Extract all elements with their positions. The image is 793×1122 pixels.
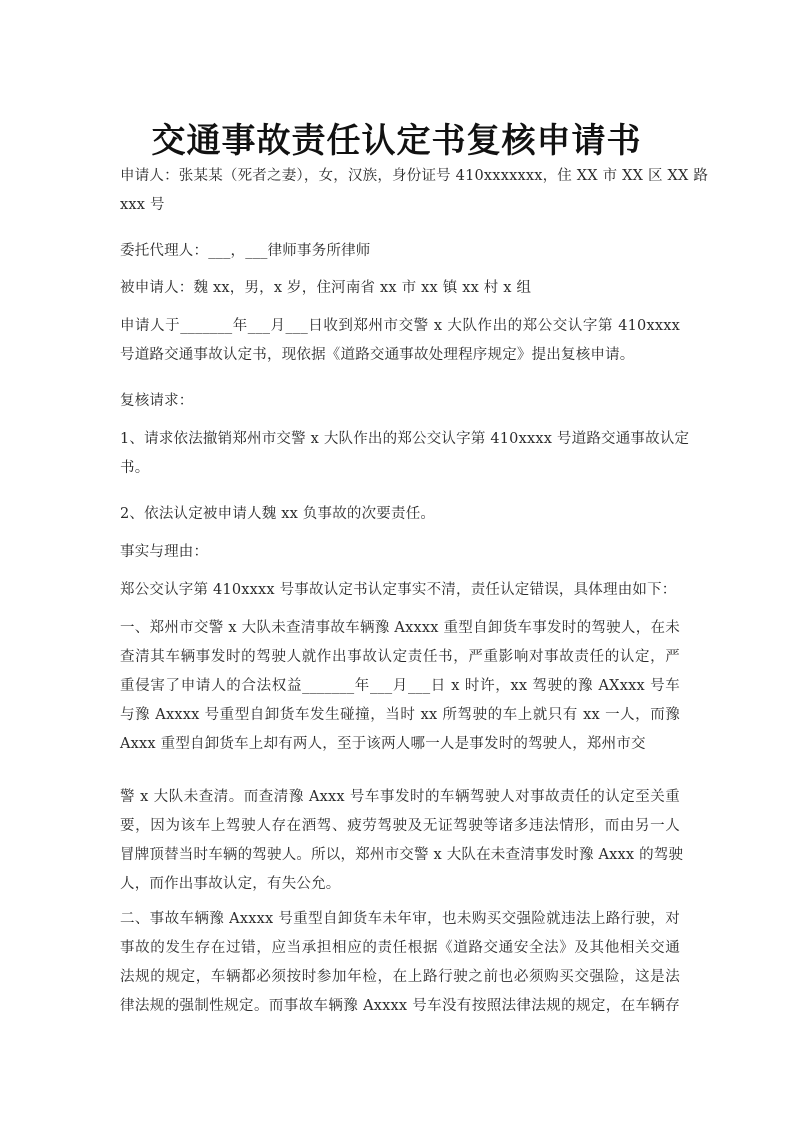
paragraph-request-1: 1、请求依法撤销郑州市交警 x 大队作出的郑公交认字第 410xxxx 号道路交… [120, 425, 680, 483]
text-line: 冒牌顶替当时车辆的驾驶人。所以，郑州市交警 x 大队在未查清事发时豫 Axxx … [120, 841, 680, 870]
text-line: 事故的发生存在过错，应当承担相应的责任根据《道路交通安全法》及其他相关交通 [120, 934, 680, 963]
heading-review-requests: 复核请求： [120, 387, 680, 416]
text-line: 申请人于_______年___月___日收到郑州市交警 x 大队作出的郑公交认字… [120, 312, 680, 341]
text-line: 查清其车辆事发时的驾驶人就作出事故认定责任书，严重影响对事故责任的认定，严 [120, 643, 680, 672]
text-line: 委托代理人：___，___律师事务所律师 [120, 237, 680, 266]
heading-facts-and-reasons: 事实与理由： [120, 538, 680, 567]
paragraph-reason-1: 一、郑州市交警 x 大队未查清事故车辆豫 Axxxx 重型自卸货车事发时的驾驶人… [120, 614, 680, 759]
text-line: 一、郑州市交警 x 大队未查清事故车辆豫 Axxxx 重型自卸货车事发时的驾驶人… [120, 614, 680, 643]
text-line: 书。 [120, 454, 680, 483]
text-line: 事实与理由： [120, 538, 680, 567]
text-line: 号道路交通事故认定书，现依据《道路交通事故处理程序规定》提出复核申请。 [120, 341, 680, 370]
text-line: 申请人：张某某（死者之妻），女，汉族，身份证号 410xxxxxxx，住 XX … [120, 162, 680, 191]
document-title: 交通事故责任认定书复核申请书 [0, 119, 793, 163]
text-line: 重侵害了申请人的合法权益_______年___月___日 x 时许，xx 驾驶的… [120, 672, 680, 701]
text-line: 郑公交认字第 410xxxx 号事故认定书认定事实不清，责任认定错误，具体理由如… [120, 576, 680, 605]
text-line: 律法规的强制性规定。而事故车辆豫 Axxxx 号车没有按照法律法规的规定，在车辆… [120, 992, 680, 1021]
text-line: xxx 号 [120, 191, 680, 220]
text-line: 二、事故车辆豫 Axxxx 号重型自卸货车未年审，也未购买交强险就违法上路行驶，… [120, 905, 680, 934]
paragraph-reason-1-continued: 警 x 大队未查清。而查清豫 Axxx 号车事发时的车辆驾驶人对事故责任的认定至… [120, 783, 680, 899]
text-line: 2、依法认定被申请人魏 xx 负事故的次要责任。 [120, 500, 680, 529]
paragraph-facts-intro: 郑公交认字第 410xxxx 号事故认定书认定事实不清，责任认定错误，具体理由如… [120, 576, 680, 605]
text-line: 人，而作出事故认定，有失公允。 [120, 870, 680, 899]
paragraph-reason-2: 二、事故车辆豫 Axxxx 号重型自卸货车未年审，也未购买交强险就违法上路行驶，… [120, 905, 680, 1021]
paragraph-applicant: 申请人：张某某（死者之妻），女，汉族，身份证号 410xxxxxxx，住 XX … [120, 162, 680, 220]
text-line: 复核请求： [120, 387, 680, 416]
text-line: 被申请人：魏 xx，男，x 岁，住河南省 xx 市 xx 镇 xx 村 x 组 [120, 274, 680, 303]
text-line: 与豫 Axxxx 号重型自卸货车发生碰撞，当时 xx 所驾驶的车上就只有 xx … [120, 701, 680, 730]
text-line: 1、请求依法撤销郑州市交警 x 大队作出的郑公交认字第 410xxxx 号道路交… [120, 425, 680, 454]
document-page: 交通事故责任认定书复核申请书 申请人：张某某（死者之妻），女，汉族，身份证号 4… [0, 0, 793, 1122]
paragraph-intro: 申请人于_______年___月___日收到郑州市交警 x 大队作出的郑公交认字… [120, 312, 680, 370]
paragraph-agent: 委托代理人：___，___律师事务所律师 [120, 237, 680, 266]
paragraph-respondent: 被申请人：魏 xx，男，x 岁，住河南省 xx 市 xx 镇 xx 村 x 组 [120, 274, 680, 303]
text-line: 要，因为该车上驾驶人存在酒驾、疲劳驾驶及无证驾驶等诸多违法情形，而由另一人 [120, 812, 680, 841]
paragraph-request-2: 2、依法认定被申请人魏 xx 负事故的次要责任。 [120, 500, 680, 529]
text-line: 法规的规定，车辆都必须按时参加年检，在上路行驶之前也必须购买交强险，这是法 [120, 963, 680, 992]
text-line: 警 x 大队未查清。而查清豫 Axxx 号车事发时的车辆驾驶人对事故责任的认定至… [120, 783, 680, 812]
text-line: Axxx 重型自卸货车上却有两人，至于该两人哪一人是事发时的驾驶人，郑州市交 [120, 730, 680, 759]
